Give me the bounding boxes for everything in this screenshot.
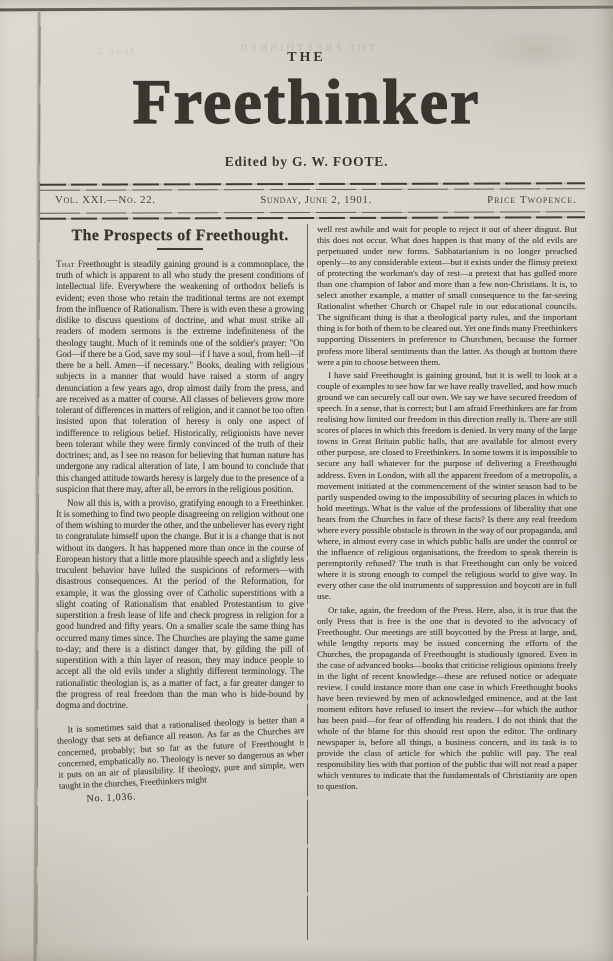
masthead-title: Freethinker: [0, 68, 613, 136]
lead-word: That: [56, 259, 75, 269]
dateline-row: Vol. XXI.—No. 22. Sunday, June 2, 1901. …: [55, 194, 577, 210]
paragraph-text: Freethought is steadily gaining ground i…: [56, 259, 304, 494]
article-title-rule: [157, 248, 203, 250]
article-paragraph: I have said Freethought is gaining groun…: [317, 370, 577, 602]
masthead-the: THE: [0, 50, 613, 66]
masthead-edited-by: Edited by G. W. FOOTE.: [0, 154, 613, 170]
dateline-date: Sunday, June 2, 1901.: [55, 194, 577, 206]
masthead-rule-thin: [40, 188, 585, 190]
masthead-rule-thick: [40, 182, 585, 186]
right-column: well rest awhile and wait for people to …: [317, 224, 577, 944]
dateline-rule-thick: [40, 216, 585, 220]
left-column: The Prospects of Freethought. That Freet…: [56, 226, 304, 944]
column-divider-rule: [307, 224, 308, 940]
article-title: The Prospects of Freethought.: [56, 230, 304, 241]
dateline-rule-thin: [40, 211, 585, 213]
article-paragraph: That Freethought is steadily gaining gro…: [56, 259, 304, 495]
newspaper-page-scan: THE FREETHINKER June 2 THE Freethinker E…: [0, 0, 613, 961]
article-paragraph: Or take, again, the freedom of the Press…: [317, 605, 577, 793]
page-top-edge-line: [0, 6, 613, 11]
curled-page-text-block: It is sometimes said that a rationalised…: [56, 714, 304, 806]
article-paragraph: well rest awhile and wait for people to …: [317, 224, 577, 368]
article-paragraph: Now all this is, with a proviso, gratify…: [56, 498, 304, 712]
article-paragraph: It is sometimes said that a rationalised…: [56, 714, 304, 792]
